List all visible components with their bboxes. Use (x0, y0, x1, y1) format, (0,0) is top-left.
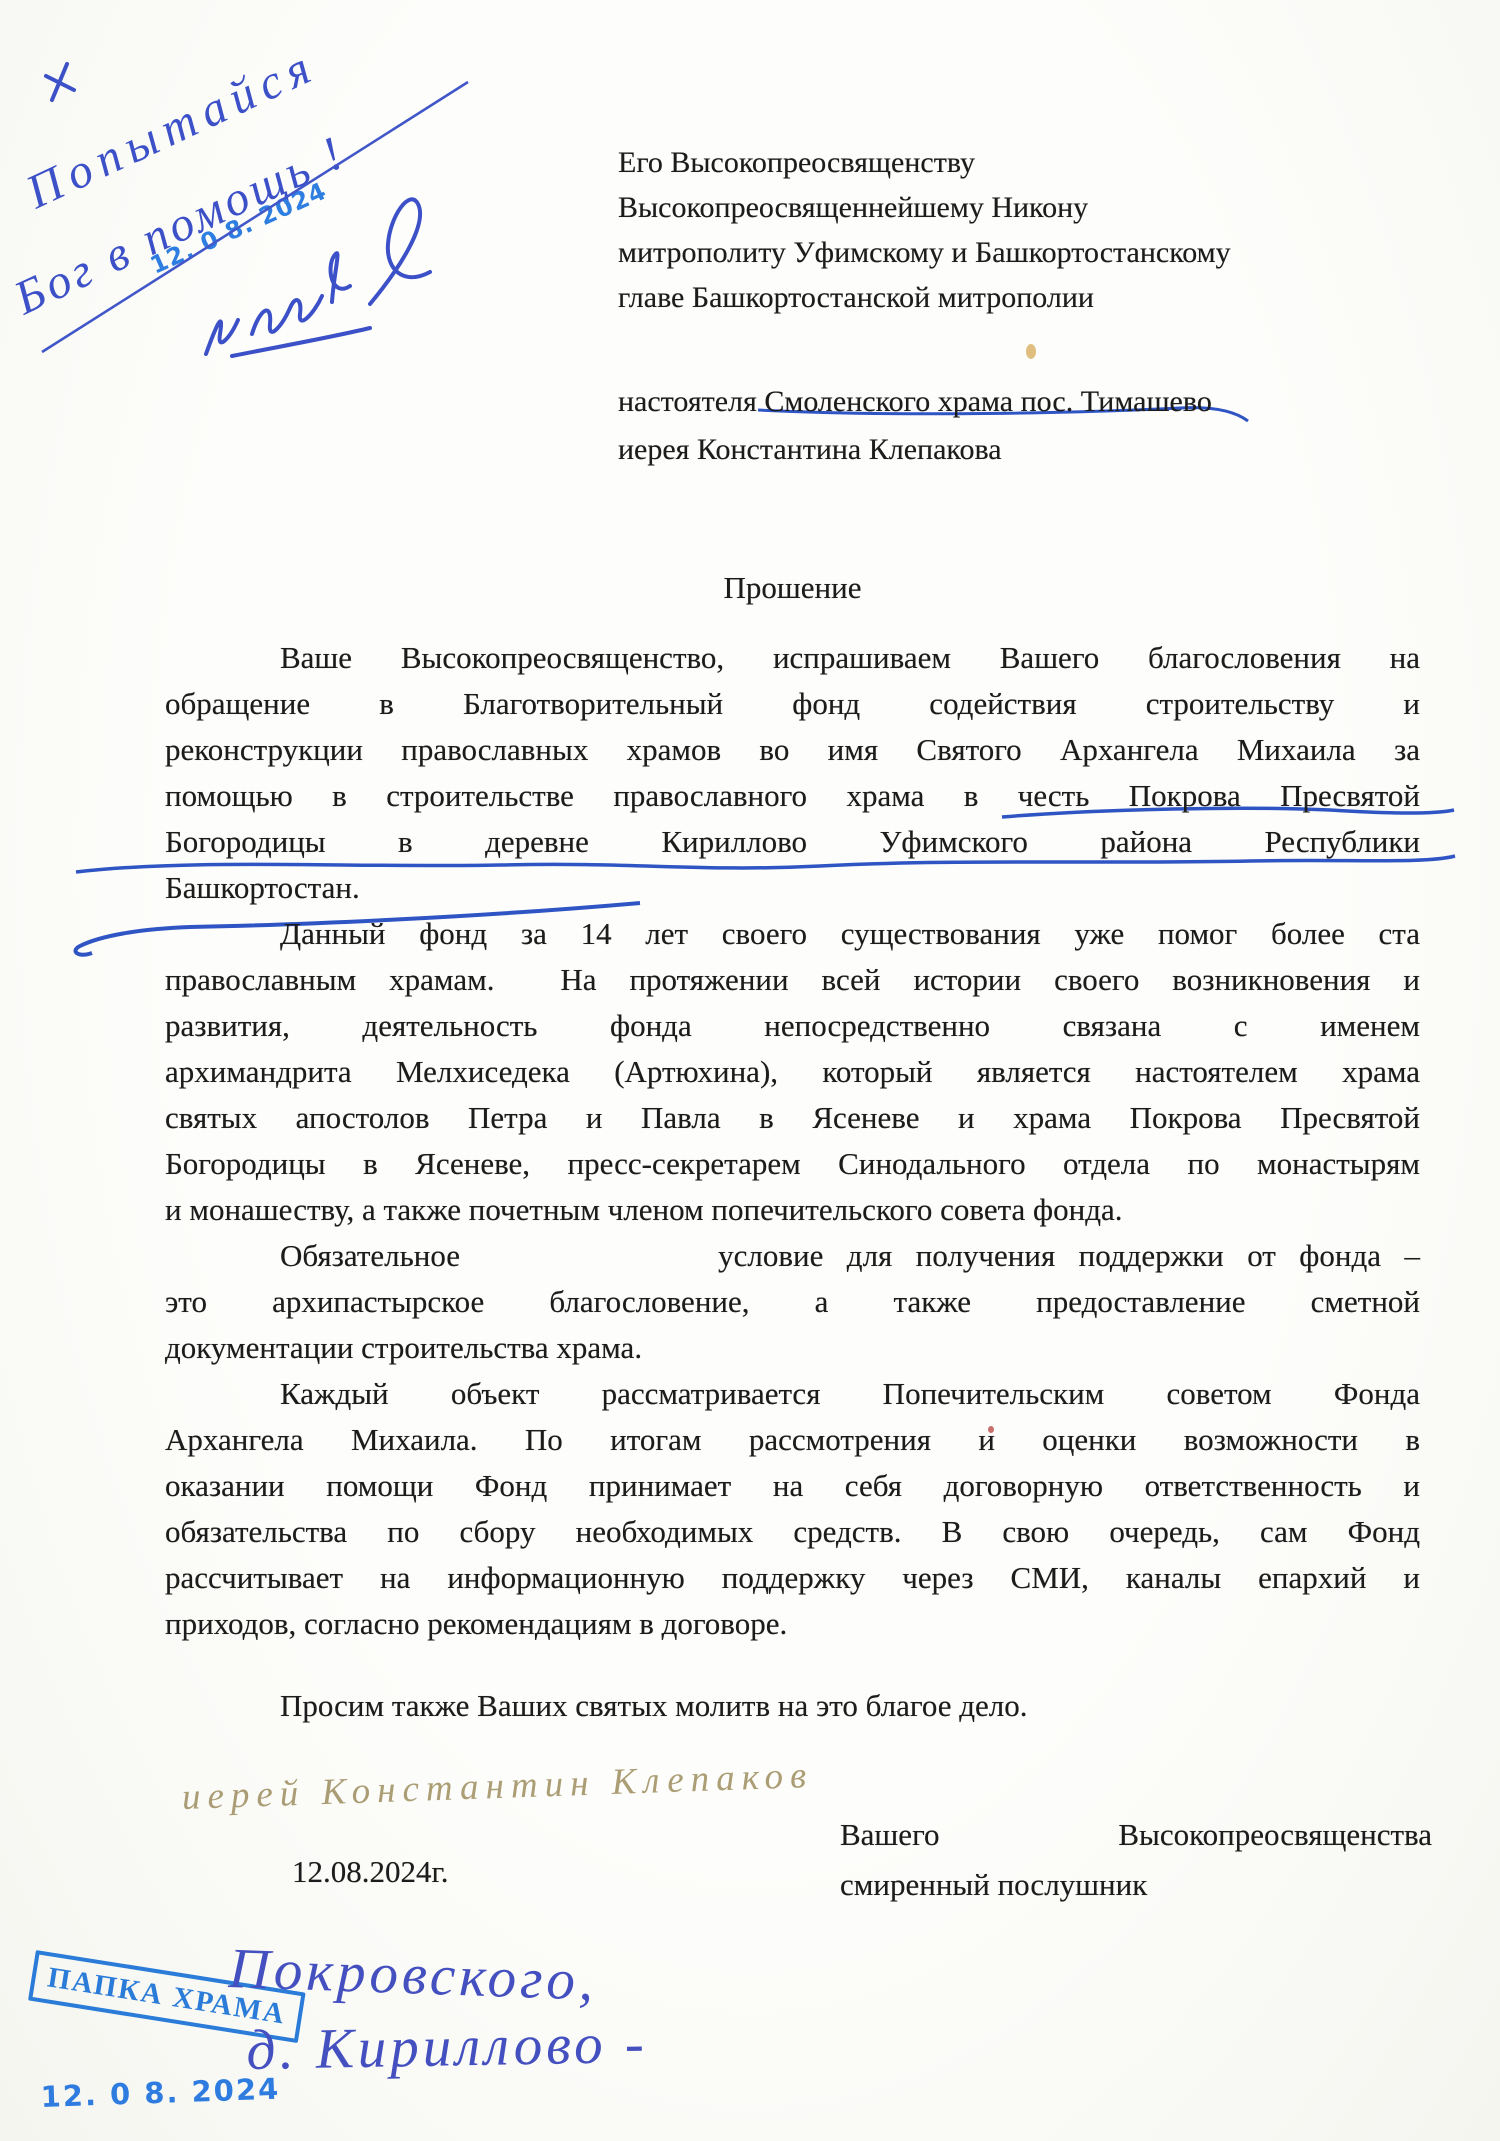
recipient-line: митрополиту Уфимскому и Башкортостанском… (618, 230, 1231, 275)
body-line: развития, деятельность фонда непосредств… (165, 1003, 1420, 1049)
page-title: Прошение (165, 570, 1420, 606)
handwritten-cross-icon (46, 64, 74, 100)
body-line: помощью в строительстве православного хр… (165, 773, 1420, 819)
body-line: обращение в Благотворительный фонд содей… (165, 681, 1420, 727)
letter-date: 12.08.2024г. (292, 1854, 448, 1890)
sender-line-parish: настоятеля Смоленского храма пос. Тимаше… (618, 378, 1212, 426)
handwritten-village-name: д. Кириллово - (246, 2011, 648, 2083)
body-line: обязательства по сбору необходимых средс… (165, 1509, 1420, 1555)
body-line: это архипастырское благословение, а такж… (165, 1279, 1420, 1325)
body-line: православным храмам. На протяжении всей … (165, 957, 1420, 1003)
body-line: и монашеству, а также почетным членом по… (165, 1187, 1420, 1233)
closing-request: Просим также Ваших святых молитв на это … (165, 1688, 1420, 1724)
body-line: Башкортостан. (165, 865, 1420, 911)
valediction-line1: Вашего Высокопреосвященства (840, 1810, 1432, 1860)
body-line: Данный фонд за 14 лет своего существован… (165, 911, 1420, 957)
body-line: Архангела Михаила. По итогам рассмотрени… (165, 1417, 1420, 1463)
recipient-block: Его ВысокопреосвященствуВысокопреосвящен… (618, 140, 1231, 320)
recipient-line: главе Башкортостанской митрополии (618, 275, 1231, 320)
recipient-line: Его Высокопреосвященству (618, 140, 1231, 185)
body-line: реконструкции православных храмов во имя… (165, 727, 1420, 773)
body-line: святых апостолов Петра и Павла в Ясеневе… (165, 1095, 1420, 1141)
body-line: рассчитывает на информационную поддержку… (165, 1555, 1420, 1601)
body-line: Богородицы в Ясеневе, пресс-секретарем С… (165, 1141, 1420, 1187)
scan-speck (1026, 344, 1036, 359)
valediction-line2: смиренный послушник (840, 1860, 1432, 1910)
handwritten-parish-name: Покровского, (228, 1936, 599, 2014)
body-line: Богородицы в деревне Кириллово Уфимского… (165, 819, 1420, 865)
recipient-line: Высокопреосвященнейшему Никону (618, 185, 1231, 230)
body-line: документации строительства храма. (165, 1325, 1420, 1371)
valediction-block: Вашего Высокопреосвященства смиренный по… (840, 1810, 1432, 1910)
body-line: оказании помощи Фонд принимает на себя д… (165, 1463, 1420, 1509)
body-line: приходов, согласно рекомендациям в догов… (165, 1601, 1420, 1647)
priest-signature-handwritten: иерей Константин Клепаков (181, 1754, 814, 1819)
body-line: Ваше Высокопреосвященство, испрашиваем В… (165, 635, 1420, 681)
letter-body: Ваше Высокопреосвященство, испрашиваем В… (165, 635, 1420, 1647)
scanned-letter-page: Попытайся Бог в помощь ! 12. 0 8. 2024 Е… (0, 0, 1500, 2141)
body-line: Каждый объект рассматривается Попечитель… (165, 1371, 1420, 1417)
sender-line-priest: иерея Константина Клепакова (618, 426, 1212, 474)
sender-block: настоятеля Смоленского храма пос. Тимаше… (618, 378, 1212, 474)
body-line: архимандрита Мелхиседека (Артюхина), кот… (165, 1049, 1420, 1095)
date-stamp-bottom: 12. 0 8. 2024 (40, 2072, 281, 2114)
body-line: Обязательное условие для получения подде… (165, 1233, 1420, 1279)
